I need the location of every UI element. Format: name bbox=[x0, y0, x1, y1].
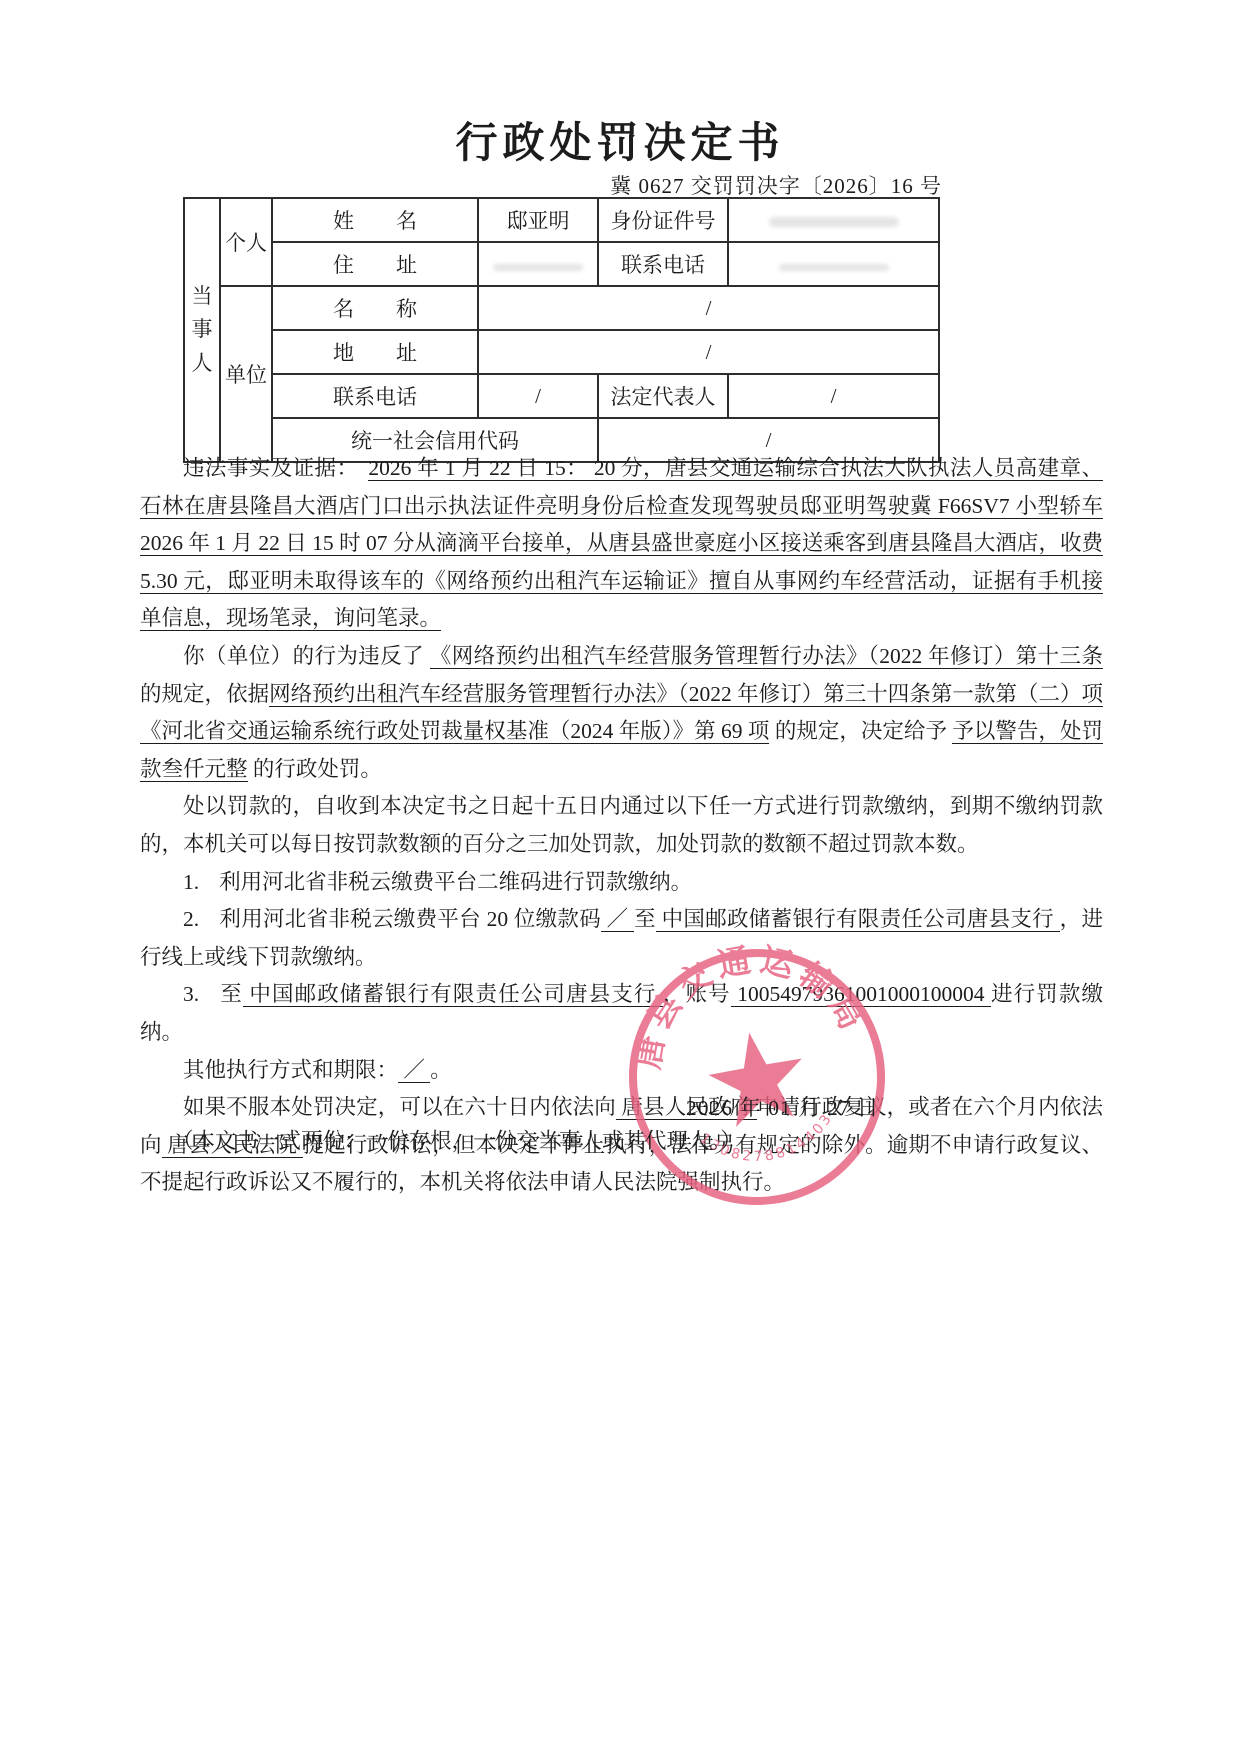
table-row: 单位 名 称 / bbox=[184, 286, 939, 330]
document-title: 行政处罚决定书 bbox=[0, 110, 1240, 170]
footer-note: （本文书一式两份：一份存根，一份交当事人或其代理人。） bbox=[172, 1124, 742, 1155]
item-number: 3. bbox=[183, 982, 199, 1006]
redaction-smudge bbox=[779, 264, 889, 271]
other-methods-text: 。 bbox=[430, 1058, 452, 1082]
payment-intro-paragraph: 处以罚款的，自收到本决定书之日起十五日内通过以下任一方式进行罚款缴纳，到期不缴纳… bbox=[140, 788, 1103, 863]
table-row: 当事人 个人 姓 名 邸亚明 身份证件号 bbox=[184, 198, 939, 242]
unit-name-value: / bbox=[478, 286, 939, 330]
appeal-text: 如果不服本处罚决定，可以在六十日内依法向 bbox=[183, 1095, 616, 1119]
violation-paragraph: 你（单位）的行为违反了 《网络预约出租汽车经营服务管理暂行办法》（2022 年修… bbox=[140, 638, 1103, 788]
payment-code-slash: ／ bbox=[601, 907, 634, 932]
other-methods-value: ／ bbox=[398, 1058, 430, 1083]
person-address-label: 住 址 bbox=[272, 242, 478, 286]
unit-phone-value: / bbox=[478, 374, 598, 418]
person-address-value bbox=[478, 242, 598, 286]
unit-address-value: / bbox=[478, 330, 939, 374]
unit-address-label: 地 址 bbox=[272, 330, 478, 374]
item-text: 至 bbox=[219, 982, 243, 1006]
person-name-value: 邸亚明 bbox=[478, 198, 598, 242]
party-header-cell: 当事人 bbox=[184, 198, 220, 462]
item-number: 2. bbox=[183, 907, 199, 931]
official-seal: 唐县交通运输局 1308278814403 bbox=[594, 914, 921, 1241]
redaction-smudge bbox=[493, 264, 583, 271]
item-number: 1. bbox=[183, 870, 199, 894]
facts-label: 违法事实及证据： bbox=[183, 456, 358, 480]
violation-text: 的规定，决定给予 bbox=[769, 719, 952, 743]
document-number: 冀 0627 交罚罚决字〔2026〕16 号 bbox=[0, 170, 942, 200]
person-id-value bbox=[728, 198, 939, 242]
decision-date: 2026 年 01 月 27 日 bbox=[686, 1091, 879, 1122]
violation-text: 的规定，依据 bbox=[140, 682, 269, 706]
payment-item-1: 1.利用河北省非税云缴费平台二维码进行罚款缴纳。 bbox=[140, 864, 1103, 902]
violated-regulation: 《网络预约出租汽车经营服务管理暂行办法》（2022 年修订）第十三条 bbox=[430, 644, 1103, 669]
item-text: 利用河北省非税云缴费平台二维码进行罚款缴纳。 bbox=[219, 870, 692, 894]
person-phone-value bbox=[728, 242, 939, 286]
person-name-label: 姓 名 bbox=[272, 198, 478, 242]
table-row: 地 址 / bbox=[184, 330, 939, 374]
person-phone-label: 联系电话 bbox=[598, 242, 728, 286]
unit-group-cell: 单位 bbox=[220, 286, 272, 462]
table-row: 联系电话 / 法定代表人 / bbox=[184, 374, 939, 418]
party-info-table: 当事人 个人 姓 名 邸亚明 身份证件号 住 址 联系电话 单位 名 称 / 地… bbox=[183, 197, 940, 463]
person-group-cell: 个人 bbox=[220, 198, 272, 286]
violation-text: 你（单位）的行为违反了 bbox=[183, 644, 430, 668]
unit-legal-rep-label: 法定代表人 bbox=[598, 374, 728, 418]
unit-legal-rep-value: / bbox=[728, 374, 939, 418]
person-id-label: 身份证件号 bbox=[598, 198, 728, 242]
violation-text: 的行政处罚。 bbox=[248, 757, 382, 781]
facts-filled-text: 2026 年 1 月 22 日 15： 20 分，唐县交通运输综合执法大队执法人… bbox=[140, 456, 1103, 631]
unit-name-label: 名 称 bbox=[272, 286, 478, 330]
table-row: 住 址 联系电话 bbox=[184, 242, 939, 286]
facts-paragraph: 违法事实及证据：2026 年 1 月 22 日 15： 20 分，唐县交通运输综… bbox=[140, 450, 1103, 638]
unit-phone-label: 联系电话 bbox=[272, 374, 478, 418]
item-text: 利用河北省非税云缴费平台 20 位缴款码 bbox=[219, 907, 601, 931]
redaction-smudge bbox=[769, 217, 899, 227]
item-text: 至 bbox=[634, 907, 656, 931]
other-methods-label: 其他执行方式和期限： bbox=[183, 1058, 398, 1082]
